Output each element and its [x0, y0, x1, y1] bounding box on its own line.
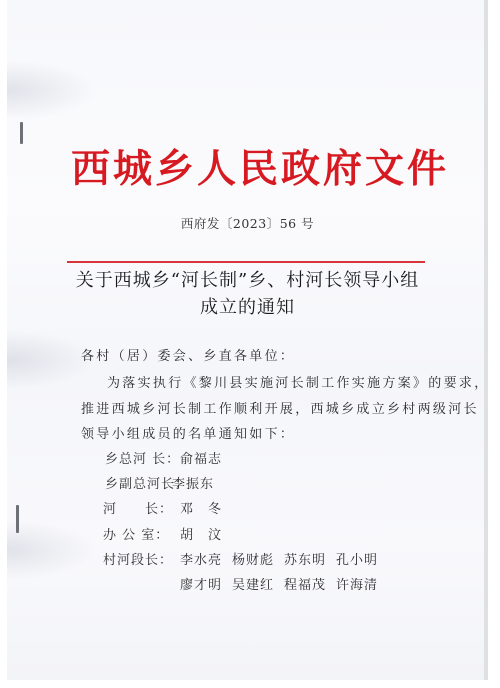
member-name: 邓 冬 [180, 498, 222, 517]
member-name: 俞福志 [180, 448, 222, 467]
document-number: 西府发〔2023〕56 号 [7, 214, 488, 232]
scan-shadow [7, 520, 97, 580]
member-role: 河 长： [103, 498, 173, 517]
paragraph-line-3: 领导小组成员的名单通知如下： [81, 423, 295, 442]
salutation: 各村（居）委会、乡直各单位： [81, 345, 295, 364]
scan-shadow [7, 60, 97, 120]
subject-line-1: 关于西城乡“河长制”乡、村河长领导小组 [7, 266, 488, 292]
issuer-title: 西城乡人民政府文件 [71, 138, 441, 194]
member-name: 苏东明 [284, 549, 326, 568]
member-name: 程福茂 [284, 574, 326, 593]
member-name: 李水亮 [180, 549, 222, 568]
member-name: 许海清 [336, 574, 378, 593]
member-role: 乡总河 长： [105, 448, 180, 467]
red-divider [67, 261, 425, 263]
member-name: 吴建红 [232, 574, 274, 593]
member-name: 杨财彪 [232, 549, 274, 568]
subject-line-2: 成立的通知 [7, 293, 488, 319]
member-role: 村河段长： [103, 549, 173, 568]
member-role: 办 公 室： [103, 524, 169, 543]
member-name: 廖才明 [180, 574, 222, 593]
staple-mark-bottom [16, 505, 19, 533]
paragraph-line-1: 为落实执行《黎川县实施河长制工作实施方案》的要求， [107, 372, 488, 391]
member-name: 李振东 [172, 473, 214, 492]
member-name: 孔小明 [336, 549, 378, 568]
member-name: 胡 汶 [180, 524, 222, 543]
paragraph-line-2: 推进西城乡河长制工作顺利开展，西城乡成立乡村两级河长 [81, 398, 479, 417]
staple-mark-top [20, 122, 23, 144]
document-page: 西城乡人民政府文件 西府发〔2023〕56 号 关于西城乡“河长制”乡、村河长领… [7, 0, 488, 680]
